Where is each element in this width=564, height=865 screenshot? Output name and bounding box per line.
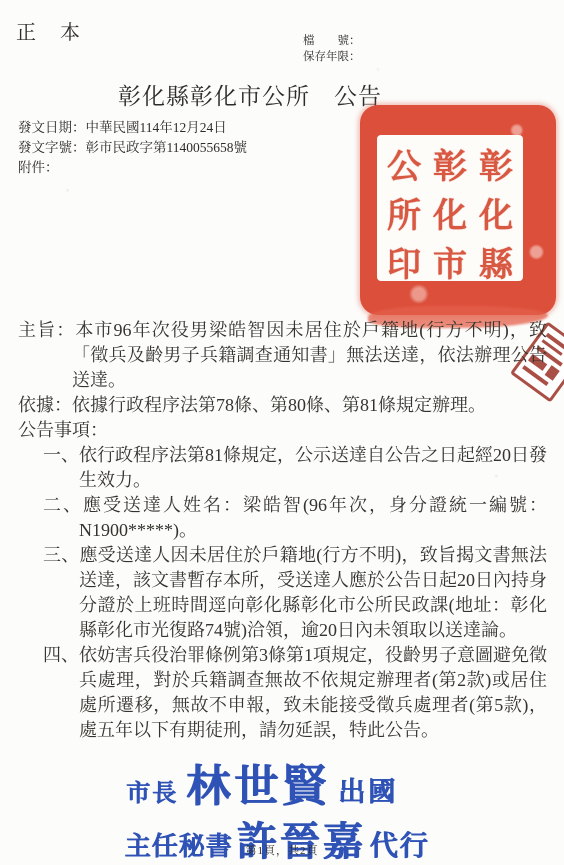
- seal-char: 縣: [473, 237, 519, 286]
- official-seal-stamp: 公 彰 彰 所 化 化 印 市 縣: [360, 105, 556, 315]
- list-item: 三、應受送達人因未居住於戶籍地(行方不明)，致旨揭文書無法送達，該文書暫存本所，…: [43, 543, 547, 643]
- seal-char: 彰: [473, 139, 519, 188]
- seal-char: 化: [427, 188, 473, 237]
- mayor-signature-line: 市長林世賢出國: [0, 750, 524, 814]
- basis-text: 依據行政程序法第78條、第80條、第81條規定辦理。: [72, 395, 486, 415]
- seal-char: 市: [427, 237, 473, 286]
- item-text: 應受送達人因未居住於戶籍地(行方不明)，致旨揭文書無法送達，該文書暫存本所，受送…: [79, 545, 547, 640]
- mayor-status: 出國: [338, 777, 398, 807]
- items-header: 公告事項：: [18, 418, 547, 443]
- official-announcement-page: 正 本 檔 號： 保存年限： 彰化縣彰化市公所 公告 發文日期：中華民國114年…: [0, 0, 564, 865]
- basis-field: 依據：依據行政程序法第78條、第80條、第81條規定辦理。: [18, 393, 547, 418]
- file-info-block: 檔 號： 保存年限：: [303, 33, 361, 65]
- doc-number-value: 彰市民政字第1140055658號: [86, 140, 248, 155]
- page-number-footer: 第1頁，共2頁: [0, 842, 564, 858]
- item-text: 應受送達人姓名：梁皓智(96年次，身分證統一編號：N1900*****)。: [79, 495, 547, 540]
- item-number: 二、: [43, 495, 83, 515]
- seal-char: 公: [381, 139, 427, 188]
- list-item: 一、依行政程序法第81條規定，公示送達自公告之日起經20日發生效力。: [43, 443, 547, 493]
- attachment-label: 附件：: [18, 160, 59, 175]
- issue-date-label: 發文日期：: [18, 120, 86, 135]
- seal-char: 彰: [427, 139, 473, 188]
- announcement-body: 主旨：本市96年次役男梁皓智因未居住於戶籍地(行方不明)，致「徵兵及齡男子兵籍調…: [18, 318, 547, 743]
- doc-number-row: 發文字號：彰市民政字第1140055658號: [18, 138, 247, 158]
- seal-char: 印: [381, 237, 427, 286]
- issue-date-row: 發文日期：中華民國114年12月24日: [18, 118, 247, 138]
- subject-text: 本市96年次役男梁皓智因未居住於戶籍地(行方不明)，致「徵兵及齡男子兵籍調查通知…: [72, 320, 547, 390]
- copy-type-label: 正 本: [16, 16, 82, 45]
- attachment-row: 附件：: [18, 158, 247, 178]
- issue-date-value: 中華民國114年12月24日: [86, 120, 227, 135]
- mayor-name: 林世賢: [186, 762, 330, 811]
- item-number: 三、: [43, 545, 79, 565]
- basis-label: 依據：: [18, 395, 72, 415]
- item-text: 依行政程序法第81條規定，公示送達自公告之日起經20日發生效力。: [79, 445, 547, 490]
- item-number: 四、: [43, 645, 79, 665]
- mayor-title: 市長: [126, 781, 178, 807]
- item-number: 一、: [43, 445, 79, 465]
- subject-label: 主旨：: [18, 320, 75, 340]
- doc-number-label: 發文字號：: [18, 140, 86, 155]
- item-text: 依妨害兵役治罪條例第3條第1項規定，役齡男子意圖避免徵兵處理，對於兵籍調查無故不…: [79, 645, 547, 740]
- retention-period-label: 保存年限：: [303, 49, 361, 65]
- seal-char: 所: [381, 188, 427, 237]
- list-item: 四、依妨害兵役治罪條例第3條第1項規定，役齡男子意圖避免徵兵處理，對於兵籍調查無…: [43, 643, 547, 743]
- list-item: 二、應受送達人姓名：梁皓智(96年次，身分證統一編號：N1900*****)。: [43, 493, 547, 543]
- announcement-items: 一、依行政程序法第81條規定，公示送達自公告之日起經20日發生效力。 二、應受送…: [43, 443, 547, 743]
- file-number-label: 檔 號：: [303, 33, 361, 49]
- document-meta: 發文日期：中華民國114年12月24日 發文字號：彰市民政字第114005565…: [18, 118, 247, 178]
- subject-field: 主旨：本市96年次役男梁皓智因未居住於戶籍地(行方不明)，致「徵兵及齡男子兵籍調…: [18, 318, 547, 393]
- official-seal-characters: 公 彰 彰 所 化 化 印 市 縣: [377, 135, 523, 281]
- seal-char: 化: [473, 188, 519, 237]
